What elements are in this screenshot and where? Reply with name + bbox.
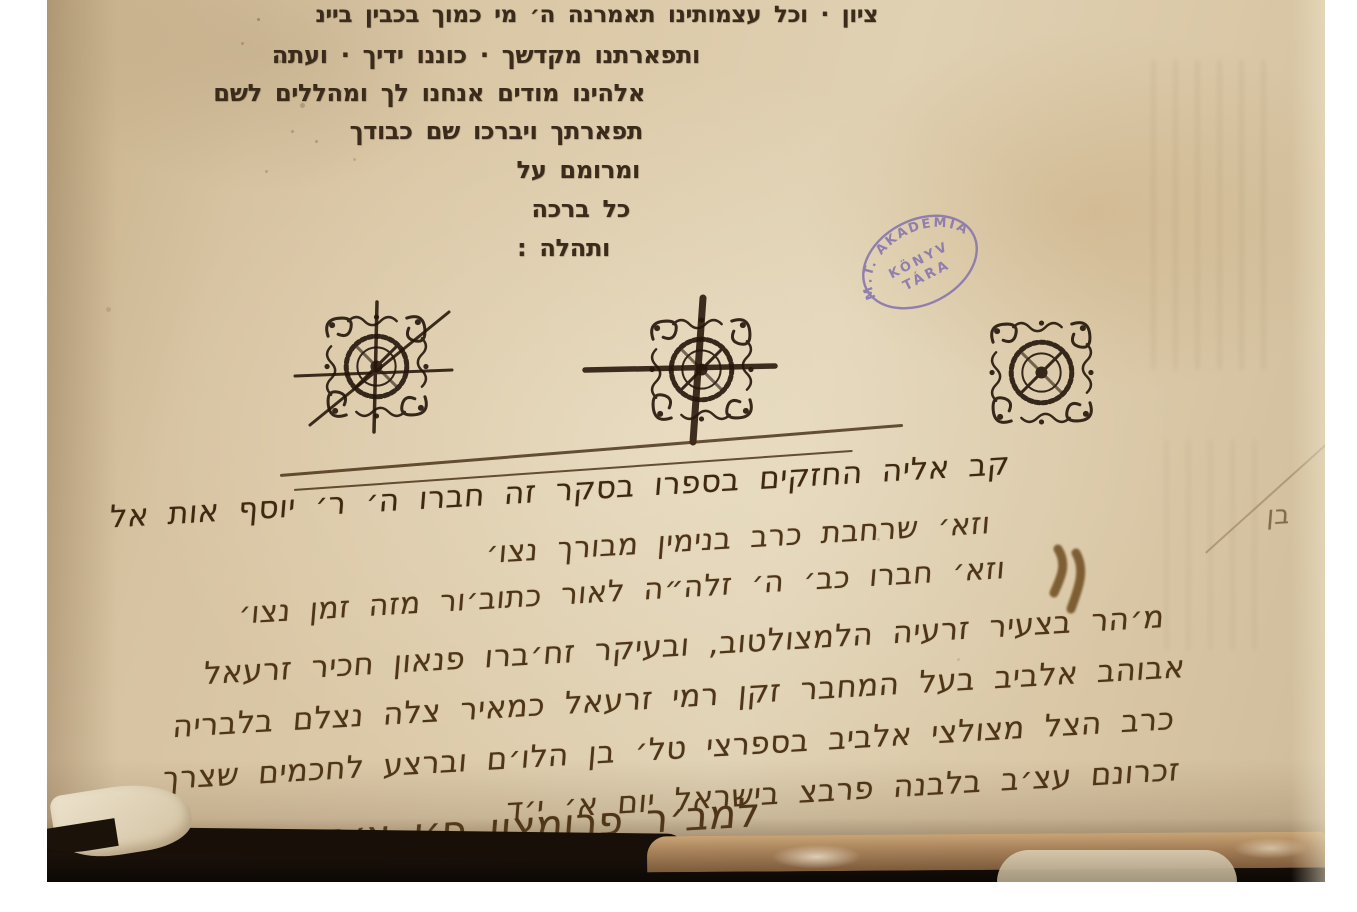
printed-line-3: אלהינו מודים אנחנו לך ומהללים לשם — [213, 79, 645, 107]
ink-blot-doodle — [1040, 543, 1100, 623]
foxing-speckles — [257, 18, 260, 21]
printed-line-4: תפארתך ויברכו שם כבודך — [350, 117, 643, 145]
printed-line-7: ותהלה : — [517, 234, 610, 262]
show-through-upper — [1152, 60, 1272, 370]
handwriting-margin-mark: בן — [1266, 500, 1292, 532]
scanned-book-page: ציון · וכל עצמותינו תאמרנה ה׳ מי כמוך בכ… — [47, 0, 1325, 882]
printed-line-5: ומרומם על — [516, 156, 640, 184]
printed-line-6: כל ברכה — [531, 195, 630, 223]
screenshot-canvas: ציון · וכל עצמותינו תאמרנה ה׳ מי כמוך בכ… — [0, 0, 1357, 912]
printed-line-2: ותפארתנו מקדשך · כוננו ידיך · ועתה — [272, 41, 700, 69]
printed-line-1: ציון · וכל עצמותינו תאמרנה ה׳ מי כמוך בכ… — [315, 2, 878, 28]
page-corner-curl — [997, 850, 1237, 882]
printer-ornament-right — [985, 316, 1098, 429]
